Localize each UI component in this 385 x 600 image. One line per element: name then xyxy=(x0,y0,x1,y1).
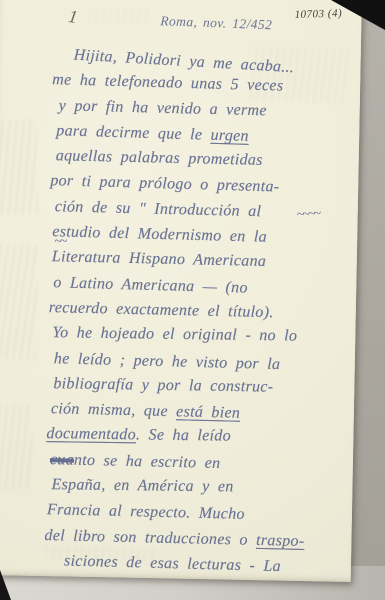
show-through-mark xyxy=(0,119,38,215)
line-text: España, en América y en xyxy=(51,476,233,495)
line-text: siciones de esas lecturas - La xyxy=(64,552,281,575)
show-through-mark xyxy=(0,244,39,361)
scribbled-correction: cua xyxy=(50,451,74,469)
line-text: Yo he hojeado el original - no lo xyxy=(52,324,297,344)
line-text: recuerdo exactamente el título). xyxy=(49,299,274,321)
line-text: por ti para prólogo o presenta- xyxy=(50,173,280,196)
line-text: para decirme que le xyxy=(56,122,211,144)
page-number: 1 xyxy=(67,6,79,28)
line-text: nto se ha escrito en xyxy=(74,451,221,471)
underlined-word: traspo- xyxy=(256,531,305,549)
line-text: estudio del Modernismo en la xyxy=(52,223,267,246)
handwriting-line: documentado. Se ha leído xyxy=(46,422,342,451)
line-text: Literatura Hispano Americana xyxy=(52,249,267,271)
dateline: Roma, nov. 12/452 xyxy=(160,13,272,33)
letter-paper: 10703 (4) 1 Roma, nov. 12/452 Hijita, Po… xyxy=(0,0,362,582)
line-text: ción misma, que xyxy=(51,400,177,420)
handwriting-line: España, en América y en xyxy=(51,472,341,501)
line-text: Francia al respecto. Mucho xyxy=(47,501,245,523)
line-text: ción de su " Introducción al xyxy=(55,198,262,220)
show-through-mark xyxy=(0,404,32,489)
line-text: he leído ; pero he visto por la xyxy=(54,350,281,373)
pen-flourish: ~~ xyxy=(54,234,65,250)
line-text: o Latino Americana — (no xyxy=(53,274,248,296)
pen-flourish: ~~~~ xyxy=(296,206,319,223)
letter-body: Hijita, Polidori ya me acaba... me ha te… xyxy=(40,42,350,579)
handwriting-line: Yo he hojeado el original - no lo xyxy=(52,320,344,349)
line-text: aquellas palabras prometidas xyxy=(56,147,263,169)
line-text: me ha telefoneado unas 5 veces xyxy=(52,71,284,94)
letter-photo: 10703 (4) 1 Roma, nov. 12/452 Hijita, Po… xyxy=(0,0,385,600)
line-text: y por fin ha venido a verme xyxy=(59,97,267,119)
underlined-word: urgen xyxy=(210,127,249,145)
archive-number: 10703 (4) xyxy=(294,7,342,21)
line-text: bibliografía y por la construc- xyxy=(53,375,273,395)
underlined-word: está bien xyxy=(176,403,240,422)
show-through-mark xyxy=(89,7,149,24)
line-text: del libro son traducciones o xyxy=(44,527,256,549)
line-text: . Se ha leído xyxy=(136,427,231,445)
underlined-word: documentado xyxy=(46,426,136,444)
